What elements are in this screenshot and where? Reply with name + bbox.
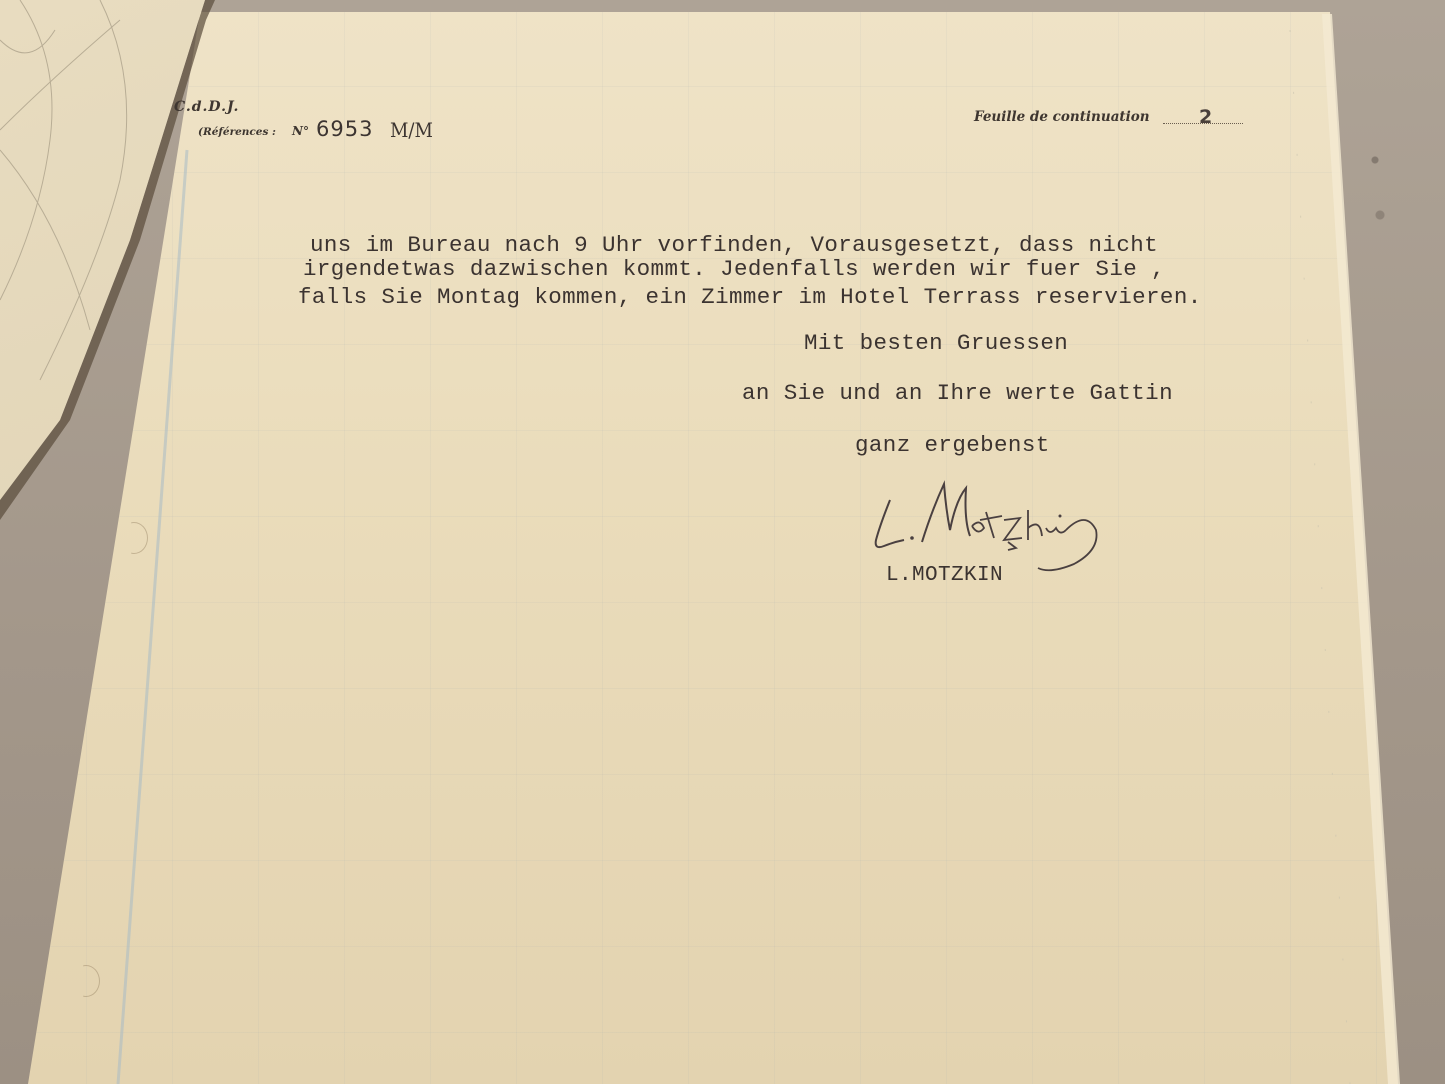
reference-number: 6953 [316, 117, 373, 141]
closing-line: Mit besten Gruessen [804, 330, 1068, 356]
closing-line: an Sie und an Ihre werte Gattin [742, 380, 1173, 406]
continuation-label: Feuille de continuation [974, 109, 1150, 125]
page-number: 2 [1199, 106, 1212, 128]
body-line: falls Sie Montag kommen, ein Zimmer im H… [298, 284, 1202, 310]
curled-sheet-grid [0, 0, 220, 520]
references-label: (Références : [198, 126, 276, 138]
reference-suffix: M/M [390, 118, 433, 142]
body-line: irgendetwas dazwischen kommt. Jedenfalls… [303, 256, 1165, 282]
body-line: uns im Bureau nach 9 Uhr vorfinden, Vora… [310, 232, 1158, 258]
typed-signatory-name: L.MOTZKIN [886, 564, 1003, 587]
organization-abbrev: C.d.D.J. [174, 99, 239, 115]
closing-line: ganz ergebenst [855, 432, 1050, 458]
number-symbol: N° [292, 124, 309, 138]
